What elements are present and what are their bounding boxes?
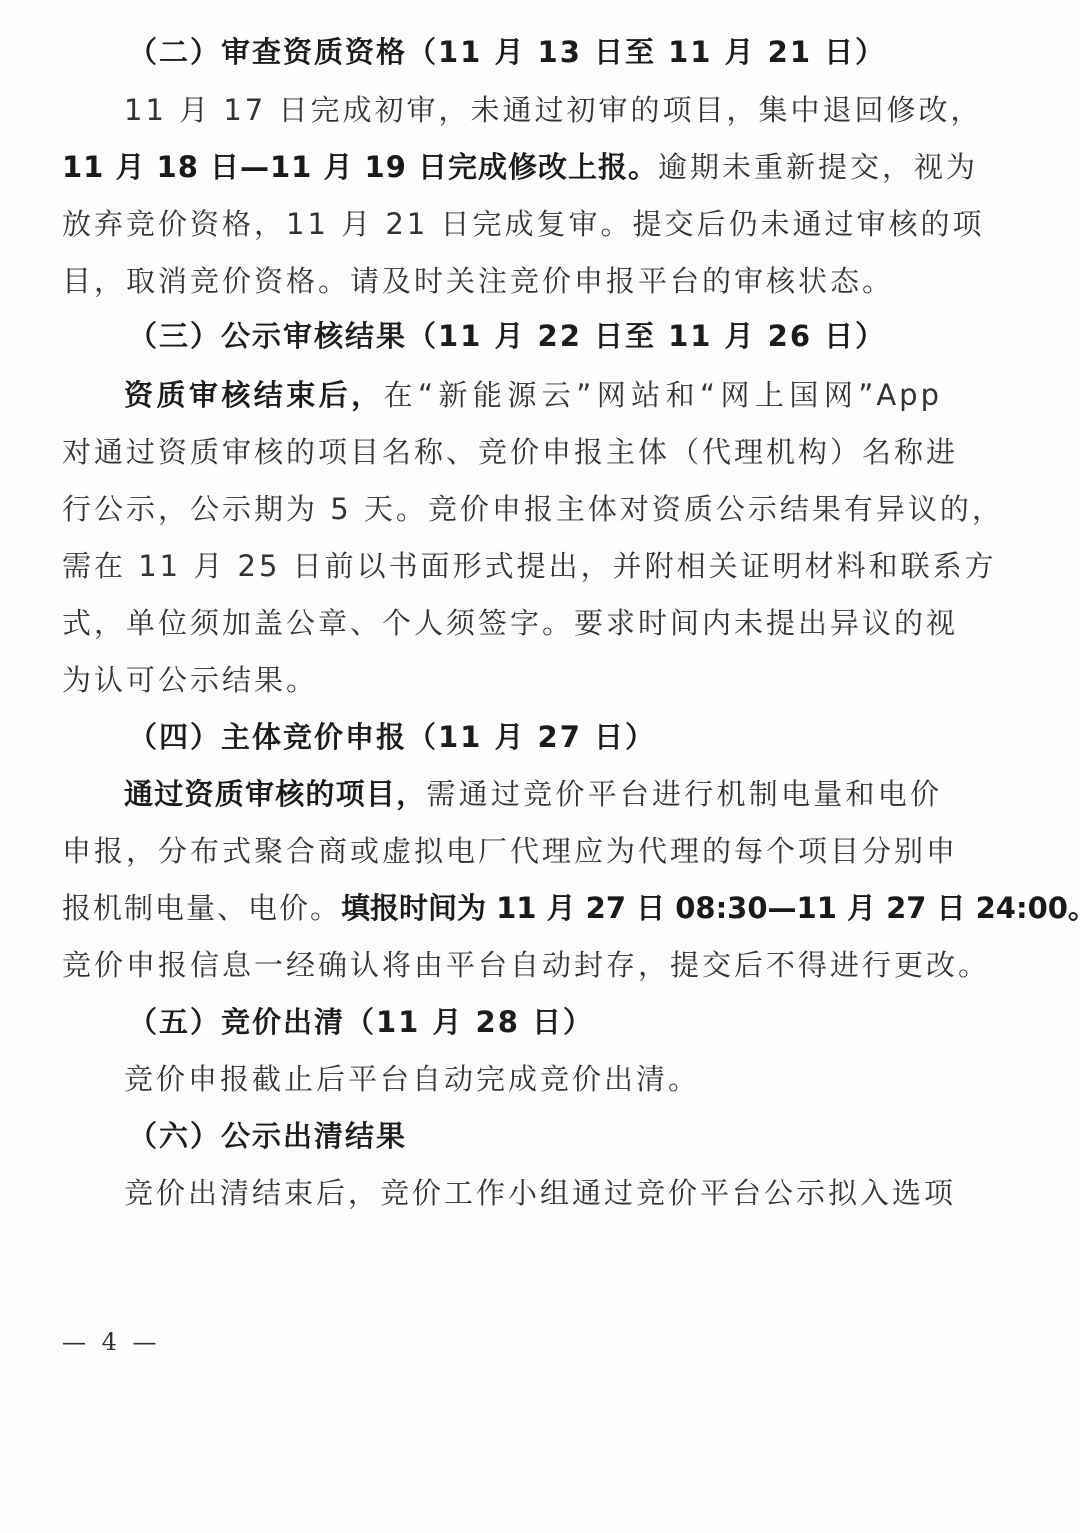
paragraph-line: 通过资质审核的项目，需通过竞价平台进行机制电量和电价 [124,774,942,814]
paragraph-line: 11 月 18 日—11 月 19 日完成修改上报。逾期未重新提交，视为 [62,147,942,187]
section-heading-3: （三）公示审核结果（11 月 22 日至 11 月 26 日） [128,316,1008,356]
paragraph-line: 行公示，公示期为 5 天。竞价申报主体对资质公示结果有异议的， [62,489,942,529]
bold-text-run: 11 月 18 日—11 月 19 日完成修改上报。 [62,150,658,184]
paragraph-line: 式，单位须加盖公章、个人须签字。要求时间内未提出异议的视 [62,603,942,643]
paragraph-line: 目，取消竞价资格。请及时关注竞价申报平台的审核状态。 [62,261,942,301]
paragraph-line: 竞价申报截止后平台自动完成竞价出清。 [124,1059,942,1099]
text-run: 目，取消竞价资格。请及时关注竞价申报平台的审核状态。 [62,264,894,298]
paragraph-line: 为认可公示结果。 [62,660,942,700]
document-page: （二）审查资质资格（11 月 13 日至 11 月 21 日） 11 月 17 … [0,0,1080,1533]
text-run: 竞价申报截止后平台自动完成竞价出清。 [124,1062,700,1096]
page-number: — 4 — [62,1328,161,1356]
text-run: 式，单位须加盖公章、个人须签字。要求时间内未提出异议的视 [62,606,958,640]
text-run: 在“新能源云”网站和“网上国网”App [384,378,942,412]
bold-text-run: 通过资质审核的项目， [124,777,426,811]
text-run: 需通过竞价平台进行机制电量和电价 [426,777,942,811]
text-run: 为认可公示结果。 [62,663,318,697]
text-run: 放弃竞价资格，11 月 21 日完成复审。提交后仍未通过审核的项 [62,207,984,241]
section-heading-5: （五）竞价出清（11 月 28 日） [128,1002,1008,1042]
paragraph-line: 放弃竞价资格，11 月 21 日完成复审。提交后仍未通过审核的项 [62,204,942,244]
paragraph-line: 11 月 17 日完成初审，未通过初审的项目，集中退回修改， [124,90,942,130]
text-run: 对通过资质审核的项目名称、竞价申报主体（代理机构）名称进 [62,435,958,469]
paragraph-line: 需在 11 月 25 日前以书面形式提出，并附相关证明材料和联系方 [62,546,942,586]
text-run: 竞价申报信息一经确认将由平台自动封存，提交后不得进行更改。 [62,948,990,982]
paragraph-line: 申报，分布式聚合商或虚拟电厂代理应为代理的每个项目分别申 [62,831,942,871]
section-heading-2: （二）审查资质资格（11 月 13 日至 11 月 21 日） [128,32,1008,72]
paragraph-line: 对通过资质审核的项目名称、竞价申报主体（代理机构）名称进 [62,432,942,472]
text-run: 竞价出清结束后，竞价工作小组通过竞价平台公示拟入选项 [124,1176,956,1210]
text-run: 需在 11 月 25 日前以书面形式提出，并附相关证明材料和联系方 [62,549,997,583]
text-run: 报机制电量、电价。 [62,891,341,925]
section-heading-4: （四）主体竞价申报（11 月 27 日） [128,717,1008,757]
text-run: 11 月 17 日完成初审，未通过初审的项目，集中退回修改， [124,93,982,127]
section-heading-6: （六）公示出清结果 [128,1116,1008,1156]
bold-text-run: 填报时间为 11 月 27 日 08:30—11 月 27 日 24:00。 [341,891,1080,925]
text-run: 申报，分布式聚合商或虚拟电厂代理应为代理的每个项目分别申 [62,834,958,868]
paragraph-line: 竞价出清结束后，竞价工作小组通过竞价平台公示拟入选项 [124,1173,942,1213]
paragraph-line: 报机制电量、电价。填报时间为 11 月 27 日 08:30—11 月 27 日… [62,888,942,928]
bold-text-run: 资质审核结束后， [124,378,384,412]
text-run: 逾期未重新提交，视为 [658,150,978,184]
text-run: 行公示，公示期为 5 天。竞价申报主体对资质公示结果有异议的， [62,492,1004,526]
paragraph-line: 资质审核结束后，在“新能源云”网站和“网上国网”App [124,375,942,415]
paragraph-line: 竞价申报信息一经确认将由平台自动封存，提交后不得进行更改。 [62,945,942,985]
